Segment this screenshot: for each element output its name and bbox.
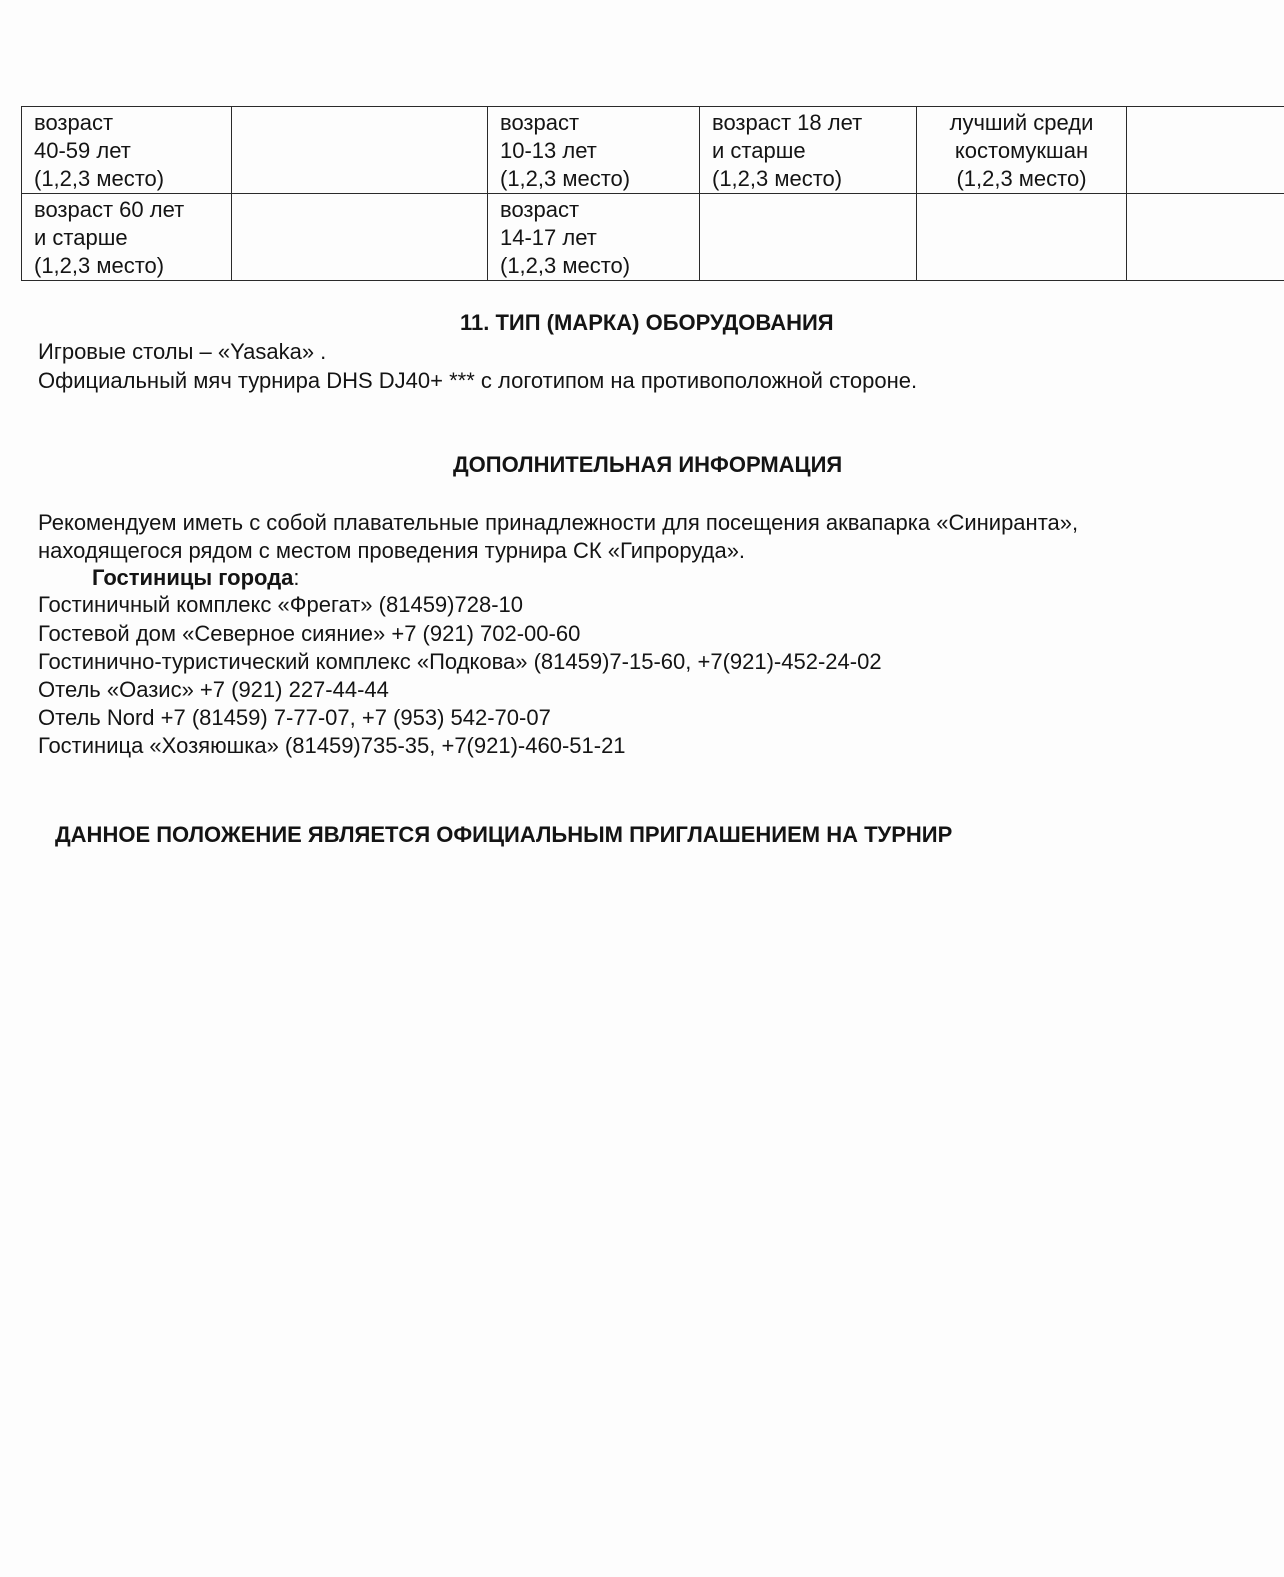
cell-text: (1,2,3 место) [500, 252, 699, 280]
hotels-heading: Гостиницы города: [92, 565, 300, 591]
hotel-entry: Гостиница «Хозяюшка» (81459)735-35, +7(9… [38, 733, 626, 759]
table-cell: возраст 60 лети старше(1,2,3 место) [22, 194, 232, 281]
cell-text: и старше [34, 224, 231, 252]
cell-text: 40-59 лет [34, 137, 231, 165]
hotels-label: Гостиницы города [92, 565, 293, 590]
recommendation-line-1: Рекомендуем иметь с собой плавательные п… [38, 510, 1078, 536]
cell-text: 14-17 лет [500, 224, 699, 252]
hotels-colon: : [293, 565, 299, 590]
official-ball-line: Официальный мяч турнира DHS DJ40+ *** с … [38, 368, 917, 394]
cell-text: (1,2,3 место) [712, 165, 916, 193]
cell-text: (1,2,3 место) [34, 252, 231, 280]
cell-text: возраст [500, 109, 699, 137]
table-cell [232, 107, 488, 194]
cell-text: (1,2,3 место) [34, 165, 231, 193]
cell-text: (1,2,3 место) [917, 165, 1126, 193]
table-row: возраст40-59 лет(1,2,3 место)возраст10-1… [22, 107, 1284, 194]
table-cell [232, 194, 488, 281]
cell-text: 10-13 лет [500, 137, 699, 165]
table-cell: возраст 18 лети старше(1,2,3 место) [700, 107, 917, 194]
official-invitation-notice: ДАННОЕ ПОЛОЖЕНИЕ ЯВЛЯЕТСЯ ОФИЦИАЛЬНЫМ ПР… [55, 822, 952, 848]
table-cell [1127, 107, 1284, 194]
awards-table: возраст40-59 лет(1,2,3 место)возраст10-1… [21, 106, 1284, 281]
table-cell [700, 194, 917, 281]
cell-text: возраст [34, 109, 231, 137]
table-cell: возраст10-13 лет(1,2,3 место) [488, 107, 700, 194]
hotel-entry: Отель «Оазис» +7 (921) 227-44-44 [38, 677, 389, 703]
hotel-entry: Гостинично-туристический комплекс «Подко… [38, 649, 882, 675]
hotel-entry: Гостиничный комплекс «Фрегат» (81459)728… [38, 592, 523, 618]
additional-info-title: ДОПОЛНИТЕЛЬНАЯ ИНФОРМАЦИЯ [453, 452, 842, 478]
hotel-entry: Гостевой дом «Северное сияние» +7 (921) … [38, 621, 580, 647]
cell-text: возраст 60 лет [34, 196, 231, 224]
hotel-entry: Отель Nord +7 (81459) 7-77-07, +7 (953) … [38, 705, 551, 731]
tables-brand-line: Игровые столы – «Yasaka» . [38, 339, 326, 365]
recommendation-line-2: находящегося рядом с местом проведения т… [38, 538, 745, 564]
table-cell: возраст40-59 лет(1,2,3 место) [22, 107, 232, 194]
table-cell: возраст14-17 лет(1,2,3 место) [488, 194, 700, 281]
table-cell: лучший средикостомукшан(1,2,3 место) [917, 107, 1127, 194]
table-row: возраст 60 лети старше(1,2,3 место)возра… [22, 194, 1284, 281]
equipment-section-title: 11. ТИП (МАРКА) ОБОРУДОВАНИЯ [460, 310, 834, 336]
cell-text: лучший среди [917, 109, 1126, 137]
cell-text: возраст [500, 196, 699, 224]
table-cell [917, 194, 1127, 281]
cell-text: возраст 18 лет [712, 109, 916, 137]
cell-text: (1,2,3 место) [500, 165, 699, 193]
cell-text: и старше [712, 137, 916, 165]
cell-text: костомукшан [917, 137, 1126, 165]
table-cell [1127, 194, 1284, 281]
